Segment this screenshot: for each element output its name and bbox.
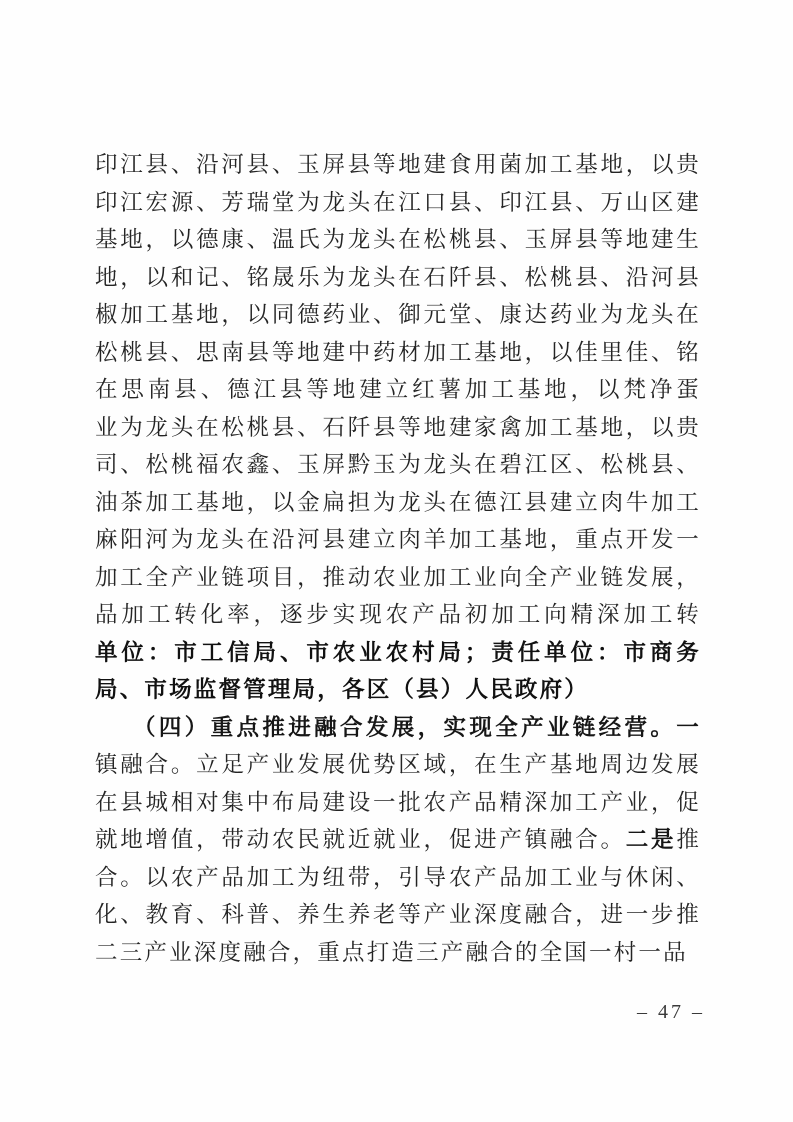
text-line: 松桃县、思南县等地建中药材加工基地，以佳里佳、铭仁为龙头 (95, 334, 701, 372)
text-segment: 就地增值，带动农民就近就业，促进产镇融合。 (95, 827, 626, 852)
text-segment: 局、市场监督管理局，各区（县）人民政府） (95, 677, 589, 702)
text-line: 在思南县、德江县等地建立红薯加工基地，以梵净蛋谷、惠农牧 (95, 371, 701, 409)
text-line: 化、教育、科普、养生养老等产业深度融合，进一步推动农村一 (95, 896, 701, 934)
text-segment: 单位：市工信局、市农业农村局；责任单位：市商务局、市财政 (95, 640, 701, 672)
text-segment: 加工全产业链项目，推动农业加工业向全产业链发展，提高农产 (95, 565, 701, 597)
text-line: 加工全产业链项目，推动农业加工业向全产业链发展，提高农产 (95, 559, 701, 597)
text-line: 椒加工基地，以同德药业、御元堂、康达药业为龙头在碧江区、 (95, 296, 701, 334)
text-line: 印江县、沿河县、玉屏县等地建食用菌加工基地，以贵茶集团、 (95, 146, 701, 184)
text-segment: 在县城相对集中布局建设一批农产品精深加工产业，促进农产品 (95, 790, 701, 822)
text-line: 二三产业深度融合，重点打造三产融合的全国一村一品示范村 (95, 934, 701, 972)
text-segment: 司、松桃福农鑫、玉屏黔玉为龙头在碧江区、松桃县、玉屏县建 (95, 452, 701, 484)
text-segment: 在思南县、德江县等地建立红薯加工基地，以梵净蛋谷、惠农牧 (95, 377, 701, 409)
text-line: 油茶加工基地，以金扁担为龙头在德江县建立肉牛加工基地，以 (95, 484, 701, 522)
text-line: 镇融合。立足产业发展优势区域，在生产基地周边发展初加工， (95, 746, 701, 784)
text-segment: 二三产业深度融合，重点打造三产融合的全国一村一品示范村 (95, 940, 688, 972)
text-segment: 品加工转化率，逐步实现农产品初加工向精深加工转变。 (95, 602, 701, 634)
text-line: 就地增值，带动农民就近就业，促进产镇融合。二是推动三产融 (95, 821, 701, 859)
text-segment: 油茶加工基地，以金扁担为龙头在德江县建立肉牛加工基地，以 (95, 490, 701, 522)
text-segment: 合。以农产品加工为纽带，引导农产品加工业与休闲、旅游、文 (95, 865, 701, 897)
text-line: 单位：市工信局、市农业农村局；责任单位：市商务局、市财政 (95, 634, 701, 672)
text-line: 合。以农产品加工为纽带，引导农产品加工业与休闲、旅游、文 (95, 859, 701, 897)
document-page: 印江县、沿河县、玉屏县等地建食用菌加工基地，以贵茶集团、印江宏源、芳瑞堂为龙头在… (0, 0, 793, 1122)
text-segment: 麻阳河为龙头在沿河县建立肉羊加工基地，重点开发一批农产品 (95, 527, 701, 559)
text-segment: 二是 (626, 827, 677, 852)
document-body: 印江县、沿河县、玉屏县等地建食用菌加工基地，以贵茶集团、印江宏源、芳瑞堂为龙头在… (95, 146, 701, 971)
text-line: 在县城相对集中布局建设一批农产品精深加工产业，促进农产品 (95, 784, 701, 822)
text-line: 局、市场监督管理局，各区（县）人民政府） (95, 671, 701, 709)
text-segment: 印江县、沿河县、玉屏县等地建食用菌加工基地，以贵茶集团、 (95, 152, 701, 184)
text-segment: 基地，以德康、温氏为龙头在松桃县、玉屏县等地建生猪加工基 (95, 227, 701, 259)
text-line: （四）重点推进融合发展，实现全产业链经营。一是推动产 (95, 709, 701, 747)
text-segment: 印江宏源、芳瑞堂为龙头在江口县、印江县、万山区建茶叶加工 (95, 190, 701, 222)
text-segment: 化、教育、科普、养生养老等产业深度融合，进一步推动农村一 (95, 902, 701, 934)
text-line: 司、松桃福农鑫、玉屏黔玉为龙头在碧江区、松桃县、玉屏县建 (95, 446, 701, 484)
text-line: 业为龙头在松桃县、石阡县等地建家禽加工基地，以贵州山茶公 (95, 409, 701, 447)
text-segment: 地，以和记、铭晟乐为龙头在石阡县、松桃县、沿河县等地建辣 (95, 265, 701, 297)
text-segment: 镇融合。立足产业发展优势区域，在生产基地周边发展初加工， (95, 752, 701, 784)
text-segment: （四）重点推进融合发展，实现全产业链经营。一是 (133, 715, 701, 747)
text-segment: 业为龙头在松桃县、石阡县等地建家禽加工基地，以贵州山茶公 (95, 415, 701, 447)
text-segment: 松桃县、思南县等地建中药材加工基地，以佳里佳、铭仁为龙头 (95, 340, 701, 372)
text-line: 麻阳河为龙头在沿河县建立肉羊加工基地，重点开发一批农产品 (95, 521, 701, 559)
text-line: 印江宏源、芳瑞堂为龙头在江口县、印江县、万山区建茶叶加工 (95, 184, 701, 222)
text-line: 品加工转化率，逐步实现农产品初加工向精深加工转变。（牵头 (95, 596, 701, 634)
text-segment: 椒加工基地，以同德药业、御元堂、康达药业为龙头在碧江区、 (95, 302, 701, 334)
page-number: – 47 – (637, 999, 705, 1025)
text-line: 地，以和记、铭晟乐为龙头在石阡县、松桃县、沿河县等地建辣 (95, 259, 701, 297)
text-line: 基地，以德康、温氏为龙头在松桃县、玉屏县等地建生猪加工基 (95, 221, 701, 259)
